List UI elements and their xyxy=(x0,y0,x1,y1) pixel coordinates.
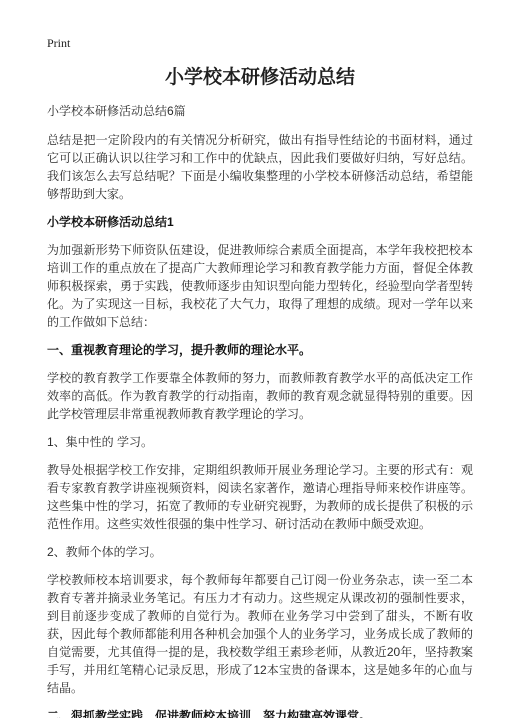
section1-item2-title: 2、教师个体的学习。 xyxy=(47,543,473,561)
section1-item1-paragraph: 教导处根据学校工作安排，定期组织教师开展业务理论学习。主要的形式有：观看专家教育… xyxy=(47,461,473,533)
print-button[interactable]: Print xyxy=(47,36,70,50)
document-subtitle: 小学校本研修活动总结6篇 xyxy=(47,102,473,120)
section1-item2-paragraph: 学校教师校本培训要求，每个教师每年都要自己订阅一份业务杂志，读一至二本教育专著并… xyxy=(47,571,473,697)
print-preview-page: Print 小学校本研修活动总结 小学校本研修活动总结6篇 总结是把一定阶段内的… xyxy=(0,0,520,718)
page-title: 小学校本研修活动总结 xyxy=(47,66,473,89)
section1-heading: 一、重视教育理论的学习，提升教师的理论水平。 xyxy=(47,341,473,359)
part1-overview-paragraph: 为加强新形势下师资队伍建设，促进教师综合素质全面提高，本学年我校把校本培训工作的… xyxy=(47,241,473,331)
part1-heading: 小学校本研修活动总结1 xyxy=(47,213,473,231)
intro-paragraph: 总结是把一定阶段内的有关情况分析研究，做出有指导性结论的书面材料，通过它可以正确… xyxy=(47,131,473,203)
section2-heading: 二、狠抓教学实践，促进教师校本培训，努力构建高效课堂。 xyxy=(47,707,473,718)
section1-lead-paragraph: 学校的教育教学工作要靠全体教师的努力，而教师教育教学水平的高低决定工作效率的高低… xyxy=(47,369,473,423)
section1-item1-title: 1、集中性的 学习。 xyxy=(47,433,473,451)
